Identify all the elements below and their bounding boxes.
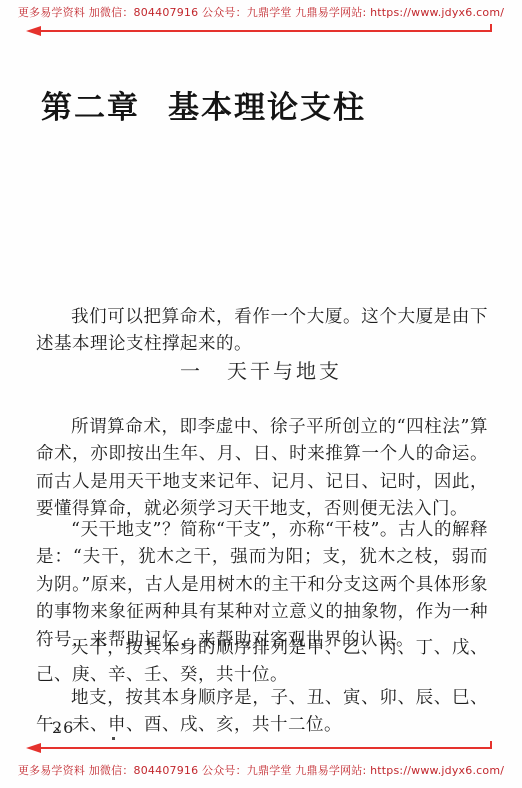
footer-watermark-text: 更多易学资料 加微信：804407916 公众号：九鼎学堂 九鼎易学网站: ht…: [0, 762, 522, 778]
section-heading: 一 天干与地支: [0, 355, 522, 384]
body-paragraph: 所谓算命术，即李虚中、徐子平所创立的“四柱法”算命术，亦即按出生年、月、日、时来…: [36, 414, 488, 524]
chapter-title: 第二章 基本理论支柱: [41, 82, 366, 127]
body-paragraph: 地支，按其本身顺序是，子、丑、寅、卯、辰、巳、午、未、申、酉、戌、亥，共十二位。: [36, 685, 488, 740]
chapter-name: 基本理论支柱: [168, 82, 366, 127]
red-arrow-top-icon: [26, 23, 498, 39]
page-number: 26: [52, 718, 74, 737]
header-watermark-text: 更多易学资料 加微信：804407916 公众号：九鼎学堂 九鼎易学网站: ht…: [0, 4, 522, 20]
section-title: 天干与地支: [227, 355, 342, 384]
body-paragraph: “天干地支”？简称“干支”，亦称“干枝”。古人的解释是：“夫干，犹木之干，强而为…: [36, 517, 488, 655]
red-arrow-bottom-icon: [26, 740, 498, 756]
book-page: 更多易学资料 加微信：804407916 公众号：九鼎学堂 九鼎易学网站: ht…: [0, 0, 522, 788]
body-paragraph: 天干，按其本身的顺序排列是甲、乙、丙、丁、戊、己、庚、辛、壬、癸，共十位。: [36, 635, 488, 690]
section-number: 一: [180, 355, 203, 384]
chapter-label: 第二章: [41, 82, 140, 127]
body-paragraph: 我们可以把算命术，看作一个大厦。这个大厦是由下述基本理论支柱撑起来的。: [36, 304, 488, 359]
